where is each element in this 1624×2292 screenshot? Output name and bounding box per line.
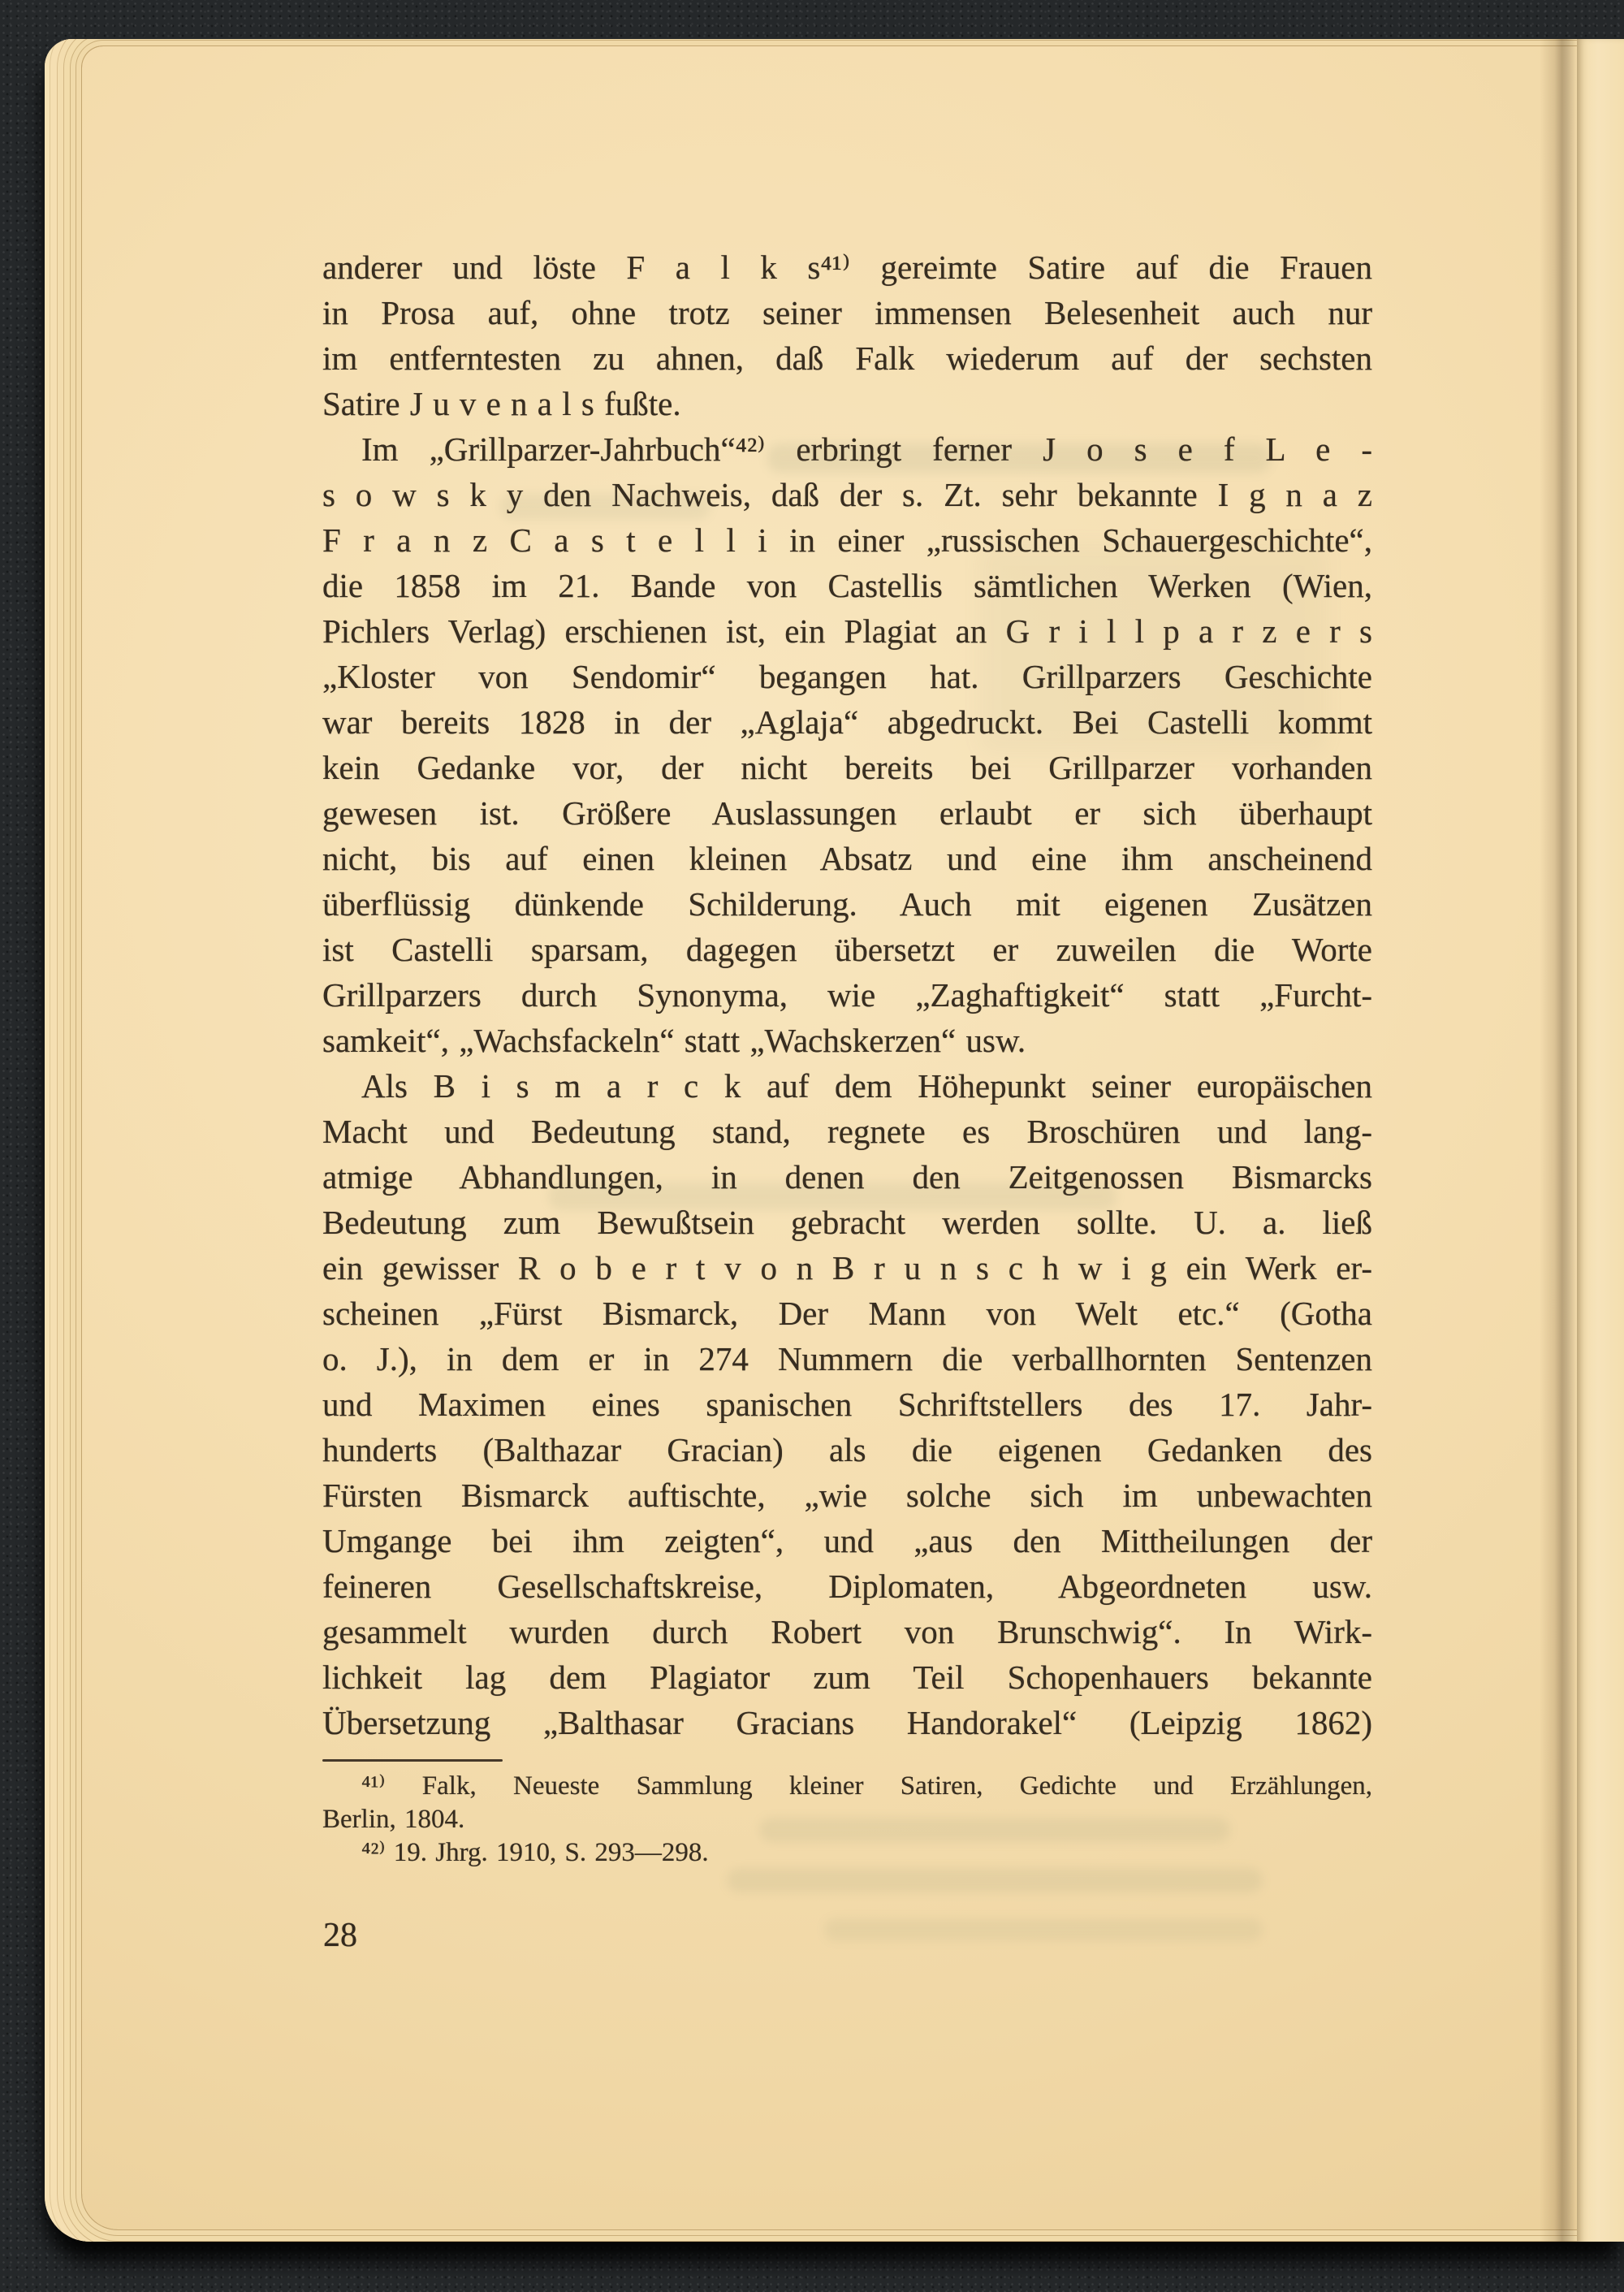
body-line: s o w s k y den Nachweis, daß der s. Zt.… <box>322 472 1372 517</box>
body-line: anderer und löste F a l k s⁴¹⁾ gereimte … <box>322 244 1372 290</box>
body-line: gewesen ist. Größere Auslassungen erlaub… <box>322 790 1372 836</box>
photo-backdrop: anderer und löste F a l k s⁴¹⁾ gereimte … <box>0 0 1624 2292</box>
body-line: Umgange bei ihm zeigten“, und „aus den M… <box>322 1518 1372 1563</box>
body-line: kein Gedanke vor, der nicht bereits bei … <box>322 745 1372 790</box>
body-line: Übersetzung „Balthasar Gracians Handorak… <box>322 1700 1372 1745</box>
footnote-line: ⁴²⁾ 19. Jhrg. 1910, S. 293—298. <box>322 1836 1372 1870</box>
body-line: atmige Abhandlungen, in denen den Zeitge… <box>322 1154 1372 1200</box>
body-line: o. J.), in dem er in 274 Nummern die ver… <box>322 1336 1372 1382</box>
paragraph: anderer und löste F a l k s⁴¹⁾ gereimte … <box>322 244 1372 426</box>
body-line: und Maximen eines spanischen Schriftstel… <box>322 1382 1372 1427</box>
body-line: Pichlers Verlag) erschienen ist, ein Pla… <box>322 608 1372 654</box>
body-line: Satire J u v e n a l s fußte. <box>322 381 1372 426</box>
body-line: scheinen „Fürst Bismarck, Der Mann von W… <box>322 1291 1372 1336</box>
body-line: F r a n z C a s t e l l i in einer „russ… <box>322 517 1372 563</box>
footnote-separator <box>322 1759 503 1762</box>
bleedthrough-smudge <box>824 1918 1263 1941</box>
body-line: feineren Gesellschaftskreise, Diplomaten… <box>322 1563 1372 1609</box>
body-line: in Prosa auf, ohne trotz seiner immensen… <box>322 290 1372 335</box>
gutter-crease <box>1540 39 1577 2242</box>
body-line: hunderts (Balthazar Gracian) als die eig… <box>322 1427 1372 1473</box>
body-line: im entferntesten zu ahnen, daß Falk wied… <box>322 335 1372 381</box>
body-line: Als B i s m a r c k auf dem Höhepunkt se… <box>322 1063 1372 1109</box>
body-line: lichkeit lag dem Plagiator zum Teil Scho… <box>322 1654 1372 1700</box>
body-line: überflüssig dünkende Schilderung. Auch m… <box>322 881 1372 927</box>
footnotes: ⁴¹⁾ Falk, Neueste Sammlung kleiner Satir… <box>322 1770 1372 1870</box>
footnote-line: ⁴¹⁾ Falk, Neueste Sammlung kleiner Satir… <box>322 1770 1372 1803</box>
body-line: Fürsten Bismarck auftischte, „wie solche… <box>322 1473 1372 1518</box>
body-line: ist Castelli sparsam, dagegen übersetzt … <box>322 927 1372 972</box>
body-line: Bedeutung zum Bewußtsein gebracht werden… <box>322 1200 1372 1245</box>
book-page: anderer und löste F a l k s⁴¹⁾ gereimte … <box>45 39 1624 2242</box>
body-line: gesammelt wurden durch Robert von Brunsc… <box>322 1609 1372 1654</box>
body-line: samkeit“, „Wachsfackeln“ statt „Wachsker… <box>322 1018 1372 1063</box>
paragraph: Als B i s m a r c k auf dem Höhepunkt se… <box>322 1063 1372 1745</box>
body-text: anderer und löste F a l k s⁴¹⁾ gereimte … <box>322 244 1372 1745</box>
adjacent-page-edge <box>1577 39 1624 2242</box>
body-line: ein gewisser R o b e r t v o n B r u n s… <box>322 1245 1372 1291</box>
paragraph: Im „Grillparzer-Jahrbuch“⁴²⁾ erbringt fe… <box>322 426 1372 1063</box>
page-number: 28 <box>323 1917 357 1954</box>
body-line: die 1858 im 21. Bande von Castellis sämt… <box>322 563 1372 608</box>
footnote-line: Berlin, 1804. <box>322 1803 1372 1836</box>
body-line: Macht und Bedeutung stand, regnete es Br… <box>322 1109 1372 1154</box>
body-line: Im „Grillparzer-Jahrbuch“⁴²⁾ erbringt fe… <box>322 426 1372 472</box>
body-line: nicht, bis auf einen kleinen Absatz und … <box>322 836 1372 881</box>
body-line: „Kloster von Sendomir“ begangen hat. Gri… <box>322 654 1372 699</box>
bleedthrough-smudge <box>727 1868 1263 1892</box>
body-line: Grillparzers durch Synonyma, wie „Zaghaf… <box>322 972 1372 1018</box>
body-line: war bereits 1828 in der „Aglaja“ abgedru… <box>322 699 1372 745</box>
